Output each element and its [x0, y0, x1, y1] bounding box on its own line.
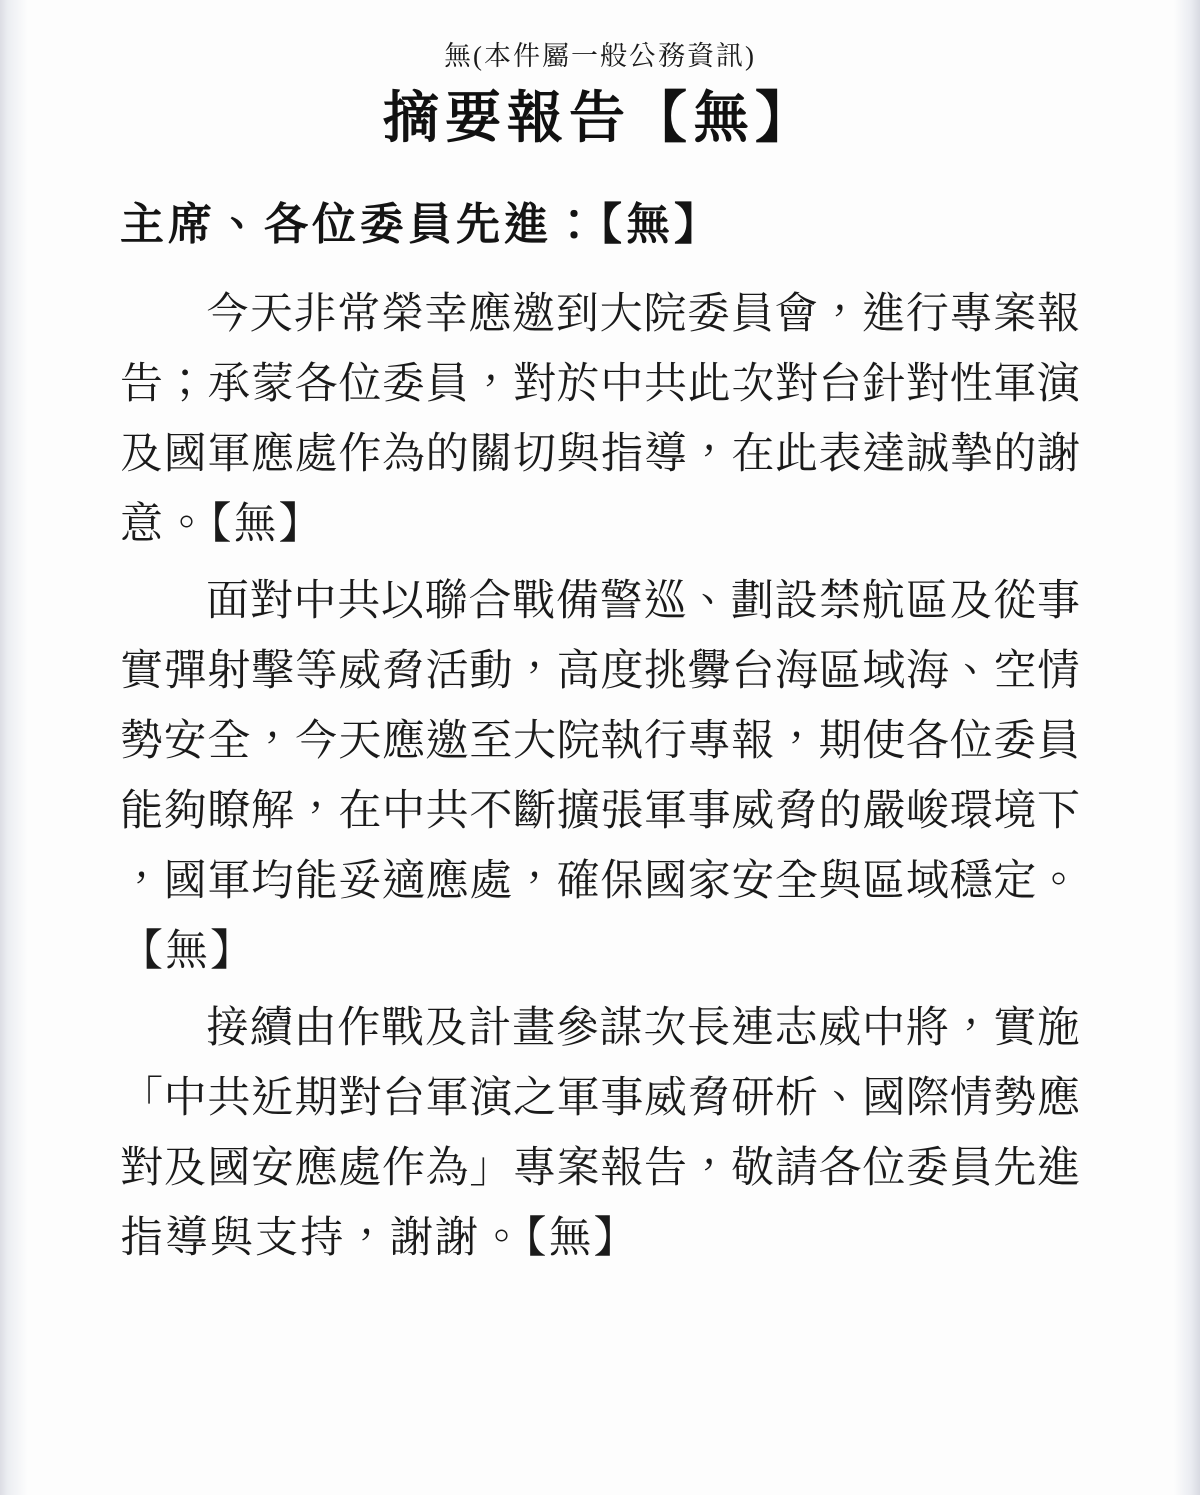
body-line: 今天非常榮幸應邀到大院委員會，進行專案報 [120, 280, 1080, 350]
body-line: 及國軍應處作為的關切與指導，在此表達誠摯的謝 [120, 420, 1080, 490]
document-body: 今天非常榮幸應邀到大院委員會，進行專案報 告；承蒙各位委員，對於中共此次對台針對… [0, 280, 1200, 1274]
body-line: 【無】 [120, 917, 1080, 987]
body-line: 指導與支持，謝謝。【無】 [120, 1204, 1080, 1274]
body-line: 勢安全，今天應邀至大院執行專報，期使各位委員 [120, 707, 1080, 777]
body-line: 實彈射擊等威脅活動，高度挑釁台海區域海、空情 [120, 637, 1080, 707]
body-line: 意。【無】 [120, 490, 1080, 560]
body-line: ，國軍均能妥適應處，確保國家安全與區域穩定。 [120, 847, 1080, 917]
paragraph-1: 今天非常榮幸應邀到大院委員會，進行專案報 告；承蒙各位委員，對於中共此次對台針對… [120, 280, 1080, 560]
body-line: 接續由作戰及計畫參謀次長連志威中將，實施 [120, 994, 1080, 1064]
report-title: 摘要報告【無】 [0, 88, 1200, 150]
classification-note: 無(本件屬一般公務資訊) [0, 0, 1200, 72]
paragraph-2: 面對中共以聯合戰備警巡、劃設禁航區及從事 實彈射擊等威脅活動，高度挑釁台海區域海… [120, 567, 1080, 987]
body-line: 告；承蒙各位委員，對於中共此次對台針對性軍演 [120, 350, 1080, 420]
body-line: 對及國安應處作為」專案報告，敬請各位委員先進 [120, 1134, 1080, 1204]
body-line: 「中共近期對台軍演之軍事威脅研析、國際情勢應 [120, 1064, 1080, 1134]
body-line: 面對中共以聯合戰備警巡、劃設禁航區及從事 [120, 567, 1080, 637]
salutation-line: 主席、各位委員先進：【無】 [0, 198, 1200, 252]
document-page: 無(本件屬一般公務資訊) 摘要報告【無】 主席、各位委員先進：【無】 今天非常榮… [0, 0, 1200, 1495]
paragraph-3: 接續由作戰及計畫參謀次長連志威中將，實施 「中共近期對台軍演之軍事威脅研析、國際… [120, 994, 1080, 1274]
body-line: 能夠瞭解，在中共不斷擴張軍事威脅的嚴峻環境下 [120, 777, 1080, 847]
